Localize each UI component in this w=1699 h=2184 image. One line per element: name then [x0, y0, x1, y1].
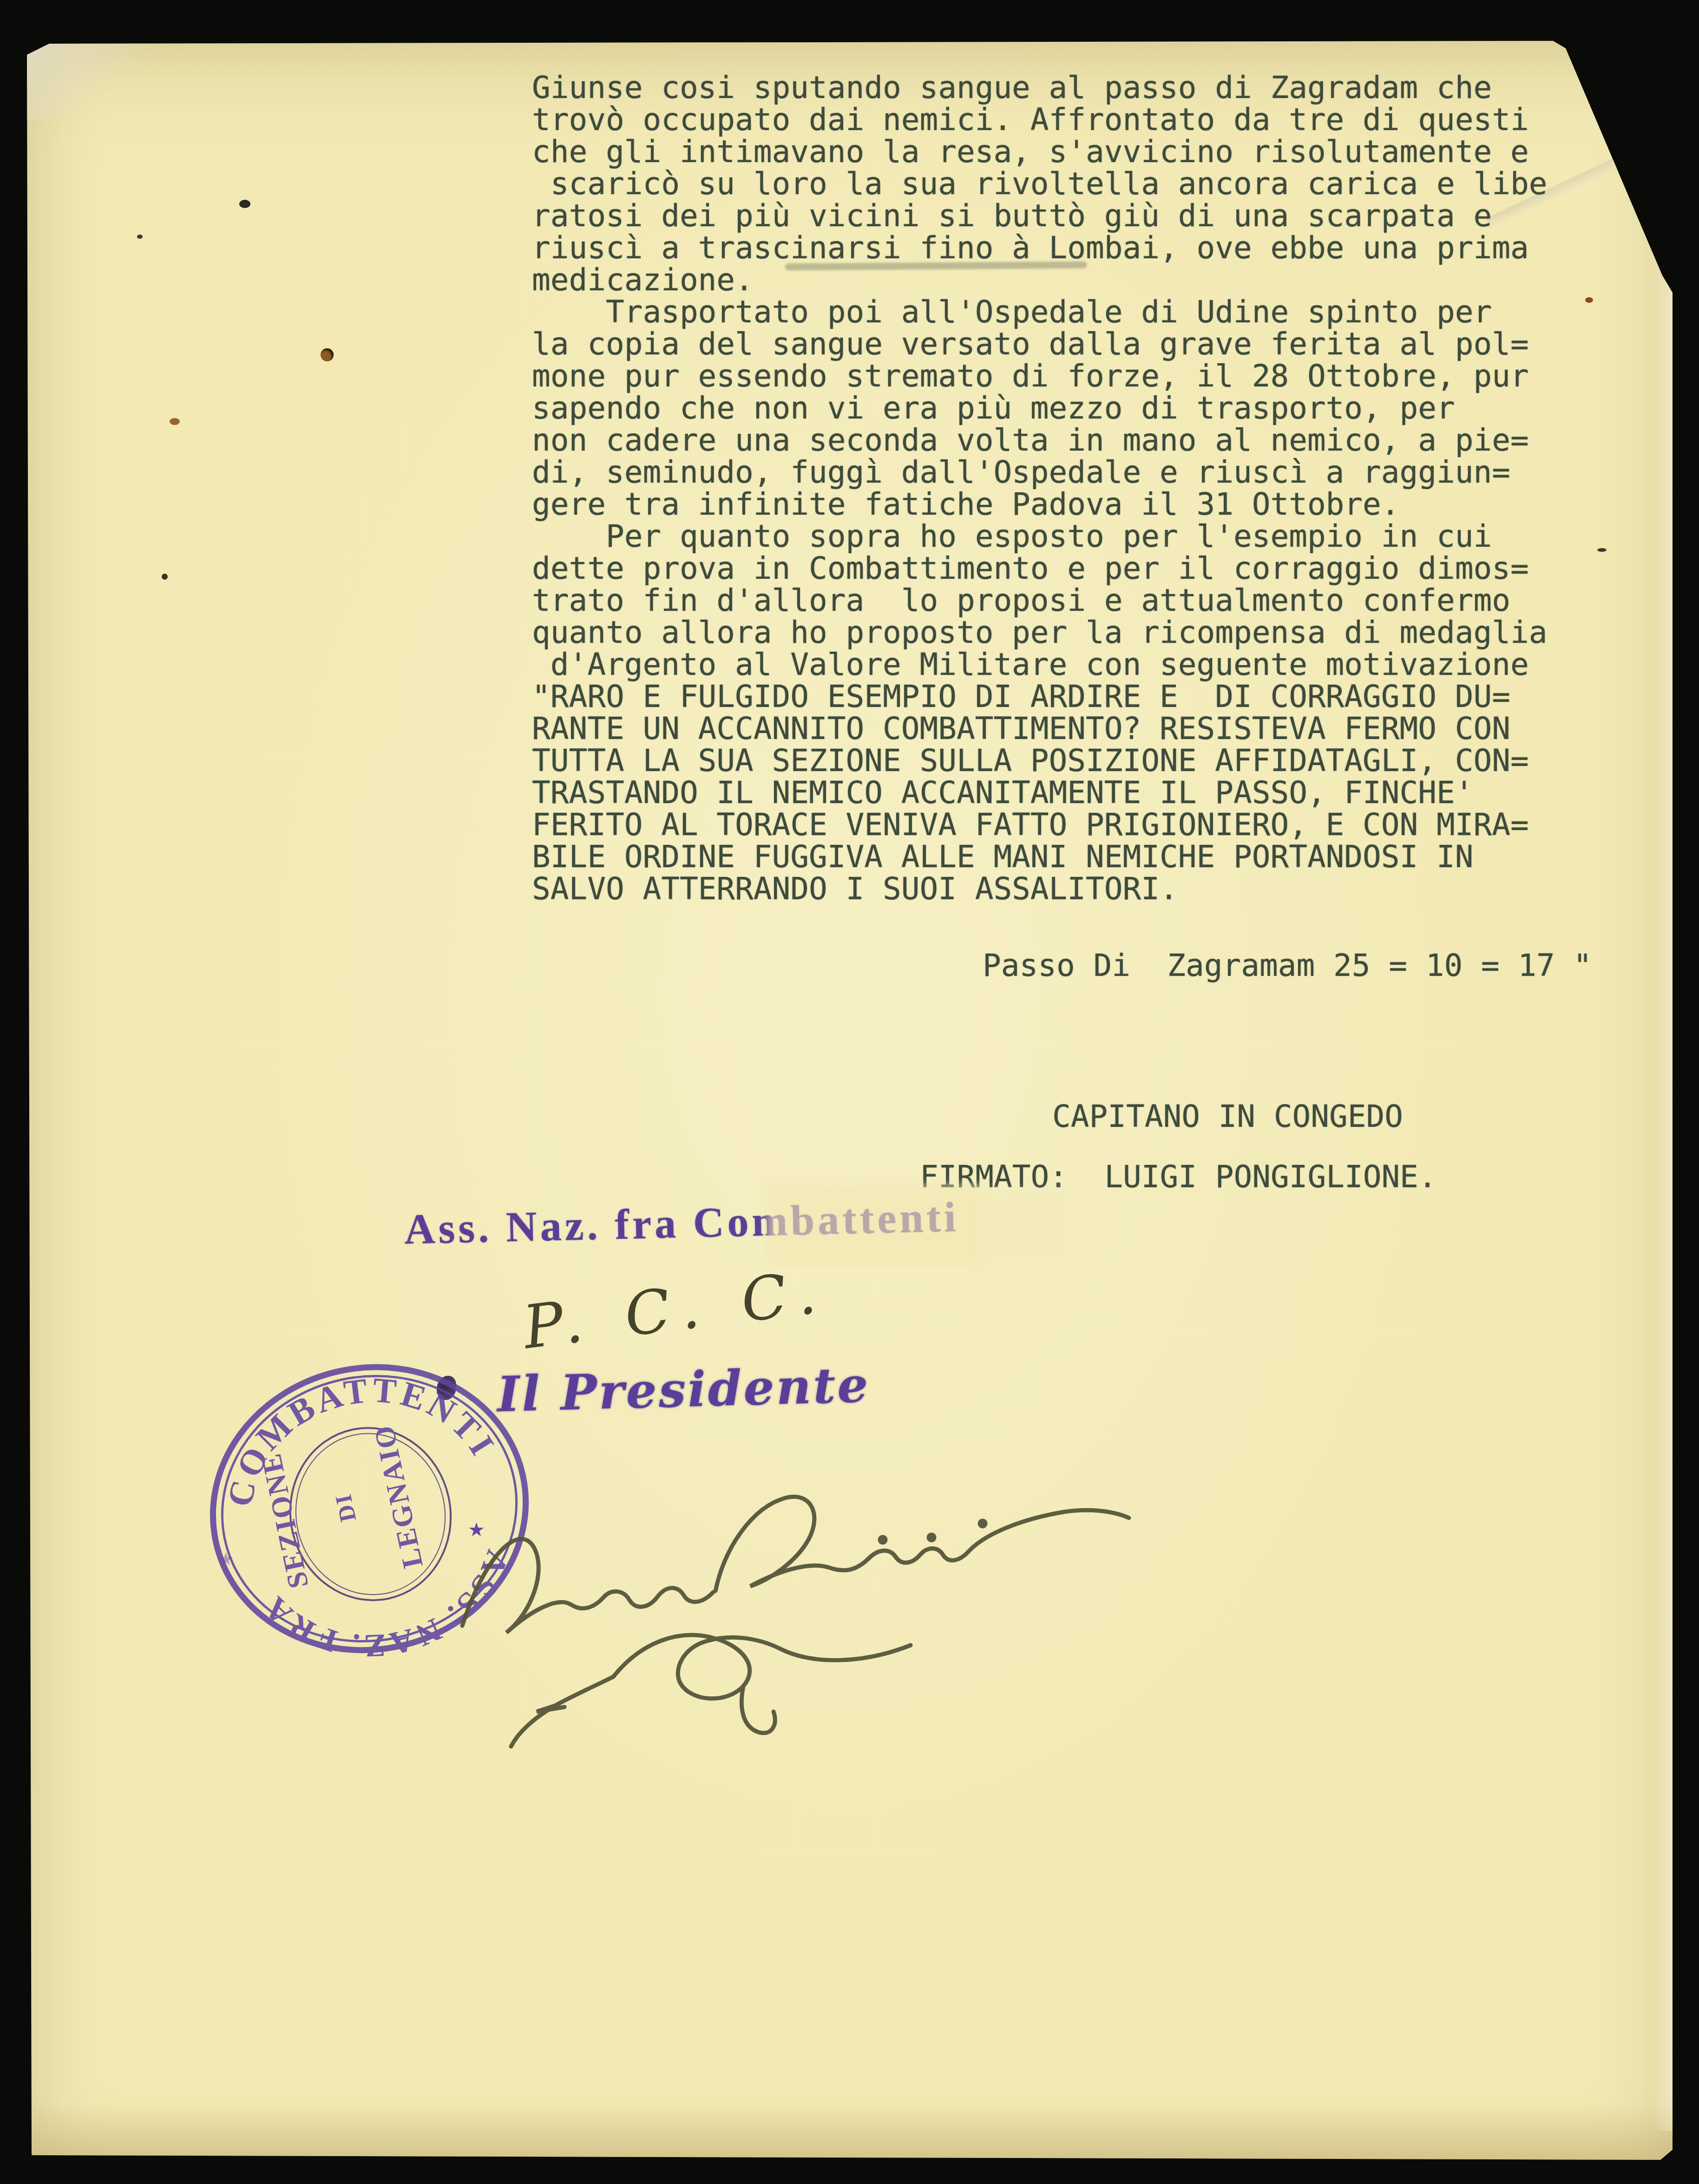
handwritten-pcc: P. C. C. — [519, 1256, 832, 1362]
paper-speck — [137, 235, 143, 239]
paper-edge-wear — [1651, 227, 1673, 2131]
paper-speck — [170, 418, 180, 425]
paper-speck — [1597, 548, 1607, 552]
paper-speck — [1585, 297, 1593, 303]
paper-speck — [321, 348, 334, 361]
scanned-page-background: Giunse cosi sputando sangue al passo di … — [0, 0, 1699, 2184]
seal-star-icon: ★ — [218, 1542, 234, 1571]
signature-ink: Arturo Bollini — [418, 1407, 1185, 1760]
seal-inner-line2: DI — [330, 1491, 361, 1524]
closing-rank: CAPITANO IN CONGEDO — [1052, 1099, 1403, 1134]
typewritten-body: Giunse cosi sputando sangue al passo di … — [532, 72, 1610, 905]
paper-corner-wear — [27, 41, 152, 120]
document-paper: Giunse cosi sputando sangue al passo di … — [27, 41, 1673, 2164]
paper-bottom-stain — [27, 2103, 1673, 2164]
dateline: Passo Di Zagramam 25 = 10 = 17 " — [983, 948, 1592, 983]
paper-speck — [239, 200, 250, 208]
paper-speck — [162, 574, 168, 580]
stamp-fade-smudge — [971, 1189, 1069, 1263]
stamp-fade-smudge — [767, 1184, 985, 1268]
